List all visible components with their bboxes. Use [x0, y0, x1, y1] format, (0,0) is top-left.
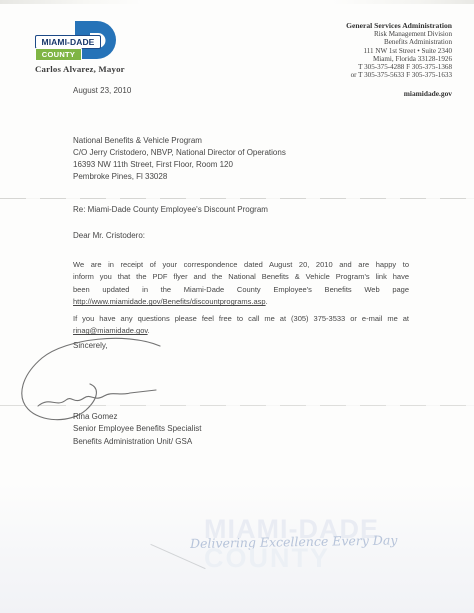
recipient-address-block: National Benefits & Vehicle Program C/O …	[73, 135, 286, 183]
salutation: Dear Mr. Cristodero:	[73, 231, 145, 240]
subject-line: Re: Miami-Dade County Employee's Discoun…	[73, 205, 268, 214]
signature-block: Rina Gomez Senior Employee Benefits Spec…	[73, 411, 202, 448]
recipient-line: Pembroke Pines, Fl 33028	[73, 171, 286, 183]
body-text-line: been updated in the Miami-Dade County Em…	[73, 285, 409, 297]
logo-county-band: COUNTY	[35, 48, 82, 61]
logo-county-text: COUNTY	[42, 50, 75, 59]
logo-name-text: MIAMI-DADE	[42, 37, 95, 47]
department-website: miamidade.gov	[232, 89, 452, 98]
letter-date: August 23, 2010	[73, 86, 131, 95]
recipient-line: C/O Jerry Cristodero, NBVP, National Dir…	[73, 147, 286, 159]
recipient-line: 16393 NW 11th Street, First Floor, Room …	[73, 159, 286, 171]
recipient-line: National Benefits & Vehicle Program	[73, 135, 286, 147]
signer-unit: Benefits Administration Unit/ GSA	[73, 436, 202, 448]
scan-edge-artifact	[0, 0, 474, 4]
department-line: Benefits Administration	[232, 38, 452, 46]
body-text-line: If you have any questions please feel fr…	[73, 314, 409, 326]
department-block: General Services Administration Risk Man…	[232, 21, 452, 98]
department-line: or T 305-375-5633 F 305-375-1633	[232, 71, 452, 79]
department-line: Risk Management Division	[232, 30, 452, 38]
paper-fold-crease	[0, 405, 474, 406]
signer-title: Senior Employee Benefits Specialist	[73, 423, 202, 435]
department-name: General Services Administration	[232, 21, 452, 30]
benefits-url-link: http://www.miamidade.gov/Benefits/discou…	[73, 297, 266, 306]
paper-fold-crease	[0, 198, 474, 199]
logo-name-band: MIAMI-DADE	[35, 35, 101, 49]
body-paragraph-1: We are in receipt of your correspondence…	[73, 260, 409, 310]
body-text-line: http://www.miamidade.gov/Benefits/discou…	[73, 297, 409, 309]
scanned-letter-page: MIAMI-DADE COUNTY Carlos Alvarez, Mayor …	[0, 0, 474, 613]
department-line: T 305-375-4288 F 305-375-1368	[232, 63, 452, 71]
sentence-period: .	[266, 297, 268, 306]
miami-dade-county-logo: MIAMI-DADE COUNTY	[35, 21, 127, 63]
department-line: Miami, Florida 33128-1926	[232, 55, 452, 63]
body-text-line: inform you that the PDF flyer and the Na…	[73, 272, 409, 284]
body-text-line: We are in receipt of your correspondence…	[73, 260, 409, 272]
scan-shading	[0, 483, 474, 613]
signer-name: Rina Gomez	[73, 411, 202, 423]
mayor-line: Carlos Alvarez, Mayor	[35, 64, 125, 74]
department-line: 111 NW 1st Street • Suite 2340	[232, 47, 452, 55]
